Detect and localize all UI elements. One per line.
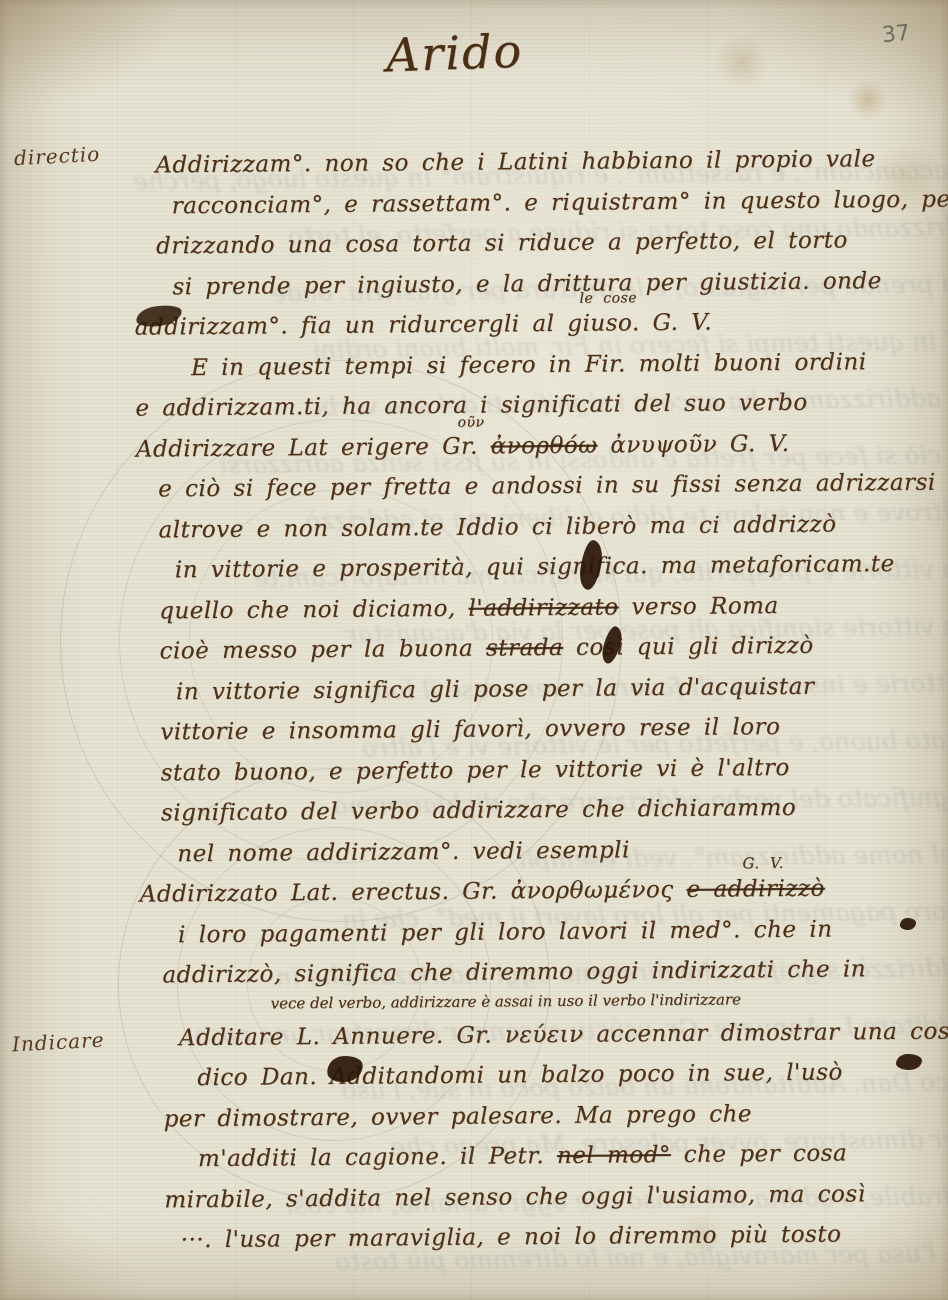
line-text: che per cosa — [671, 1140, 848, 1168]
line-text: ···. l'usa per maraviglia, e noi lo dire… — [181, 1221, 842, 1253]
line-text: mirabile, s'addita nel senso che oggi l'… — [164, 1181, 865, 1213]
manuscript-line: stato buono, e perfetto per le vittorie … — [160, 746, 948, 793]
line-text: si prende per ingiusto, e la drittura pe… — [172, 268, 882, 300]
manuscript-line: racconciam°, e rassettam°. e riquistram°… — [172, 179, 946, 226]
line-text: addirizzò, significa che diremmo oggi in… — [162, 956, 866, 988]
interlinear-correction: le cose — [579, 291, 637, 306]
manuscript-line: si prende per ingiusto, e la drittura pe… — [172, 260, 946, 307]
line-text: in vittorie significa gli pose per la vi… — [176, 673, 815, 705]
margin-note-directio: directio — [13, 142, 100, 170]
line-text: cioè messo per la buona — [159, 636, 486, 665]
manuscript-line: per dimostrare, ovver palesare. Ma prego… — [163, 1092, 948, 1139]
line-text: e ciò si fece per fretta e andossi in su… — [158, 470, 936, 503]
line-text: per dimostrare, ovver palesare. Ma prego… — [164, 1101, 753, 1132]
line-text: E in questi tempi si fecero in Fir. molt… — [191, 349, 867, 381]
line-text: significato del verbo addirizzare che di… — [161, 795, 796, 827]
struck-word: ἀνορθόω — [491, 432, 598, 459]
manuscript-line: i loro pagamenti per gli loro lavori il … — [178, 908, 948, 955]
entry-title: Arido — [385, 24, 524, 83]
manuscript-line: mirabile, s'addita nel senso che oggi l'… — [164, 1173, 948, 1220]
interlinear-correction: οῦν — [458, 415, 485, 429]
line-text: Addirizzam°. non so che i Latini habbian… — [155, 146, 875, 178]
manuscript-line: vittorie e insomma gli favorì, ovvero re… — [160, 706, 948, 753]
line-text: dico Dan. Additandomi un balzo poco in s… — [197, 1059, 843, 1091]
manuscript-line: E in questi tempi si fecero in Fir. molt… — [191, 341, 947, 388]
manuscript-line: Additare L. Annuere. Gr. νεύειν accennar… — [179, 1011, 948, 1058]
line-text: racconciam°, e rassettam°. e riquistram°… — [172, 186, 948, 219]
manuscript-line: ···. l'usa per maraviglia, e noi lo dire… — [181, 1213, 948, 1260]
line-text: stato buono, e perfetto per le vittorie … — [161, 754, 790, 785]
struck-word: l'addirizzato — [468, 594, 618, 621]
manuscript-line: significato del verbo addirizzare che di… — [161, 787, 948, 834]
manuscript-line: m'additi la cagione. il Petr. nel mod° c… — [198, 1132, 948, 1179]
struck-word: strada — [486, 635, 563, 662]
manuscript-text: Addirizzam°. non so che i Latini habbian… — [145, 139, 948, 1261]
manuscript-line: in vittorie significa gli pose per la vi… — [176, 665, 948, 712]
manuscript-line: nel nome addirizzam°. vedi esempli G. V. — [177, 827, 948, 874]
manuscript-line: Addirizzare Lat erigere Gr. ἀνορθόω ἀνυψ… — [136, 422, 948, 470]
folio-number: 37 — [881, 21, 911, 49]
manuscript-line: dico Dan. Additandomi un balzo poco in s… — [197, 1051, 948, 1098]
line-text: così qui gli dirizzò — [563, 633, 814, 661]
struck-word: e addirizzò — [686, 876, 825, 903]
manuscript-line: cioè messo per la buona strada così qui … — [159, 625, 948, 672]
line-text: Addirizzato Lat. erectus. Gr. ἀνορθωμένο… — [140, 877, 687, 908]
line-text: Addirizzare Lat erigere Gr. — [136, 433, 491, 462]
manuscript-line: Addirizzato Lat. erectus. Gr. ἀνορθωμένο… — [140, 868, 948, 916]
margin-note-indicare: Indicare — [11, 1028, 105, 1057]
line-text: drizzando una cosa torta si riduce a per… — [156, 227, 848, 259]
manuscript-line: e addirizzam.ti, ha ancora i significati… — [135, 382, 947, 430]
manuscript-line: in vittorie e prosperità, qui significa.… — [175, 544, 948, 591]
struck-word: nel mod° — [557, 1142, 671, 1169]
line-text: addirizzam°. fia un ridurcergli al giuso… — [135, 310, 713, 341]
line-text: in vittorie e prosperità, qui significa.… — [175, 551, 895, 583]
manuscript-line: e ciò si fece per fretta e andossi in su… — [158, 463, 948, 510]
line-text: m'additi la cagione. il Petr. — [198, 1143, 557, 1172]
manuscript-line: addirizzam°. fia un ridurcergli al giuso… — [135, 301, 947, 349]
line-text: quello che noi diciamo, — [159, 595, 468, 624]
manuscript-line: Addirizzam°. non so che i Latini habbian… — [155, 139, 945, 186]
manuscript-line: drizzando una cosa torta si riduce a per… — [156, 220, 946, 267]
manuscript-line: quello che noi diciamo, l'addirizzato ve… — [159, 584, 948, 631]
manuscript-page: racconciam°, e rassettam°. e riquistram°… — [0, 0, 948, 1300]
line-text: altrove e non solam.te Iddio ci liberò m… — [158, 511, 836, 543]
line-text: i loro pagamenti per gli loro lavori il … — [178, 916, 833, 948]
line-text: Additare L. Annuere. Gr. νεύειν accennar… — [179, 1018, 948, 1051]
interlinear-citation: G. V. — [742, 855, 784, 869]
line-text: vittorie e insomma gli favorì, ovvero re… — [160, 714, 780, 745]
manuscript-line: altrove e non solam.te Iddio ci liberò m… — [158, 503, 948, 550]
line-text: nel nome addirizzam°. vedi esempli — [177, 837, 630, 867]
line-text: ἀνυψοῦν G. V. — [597, 430, 789, 458]
line-text: verso Roma — [618, 593, 778, 620]
manuscript-line: addirizzò, significa che diremmo oggi in… — [162, 948, 948, 995]
